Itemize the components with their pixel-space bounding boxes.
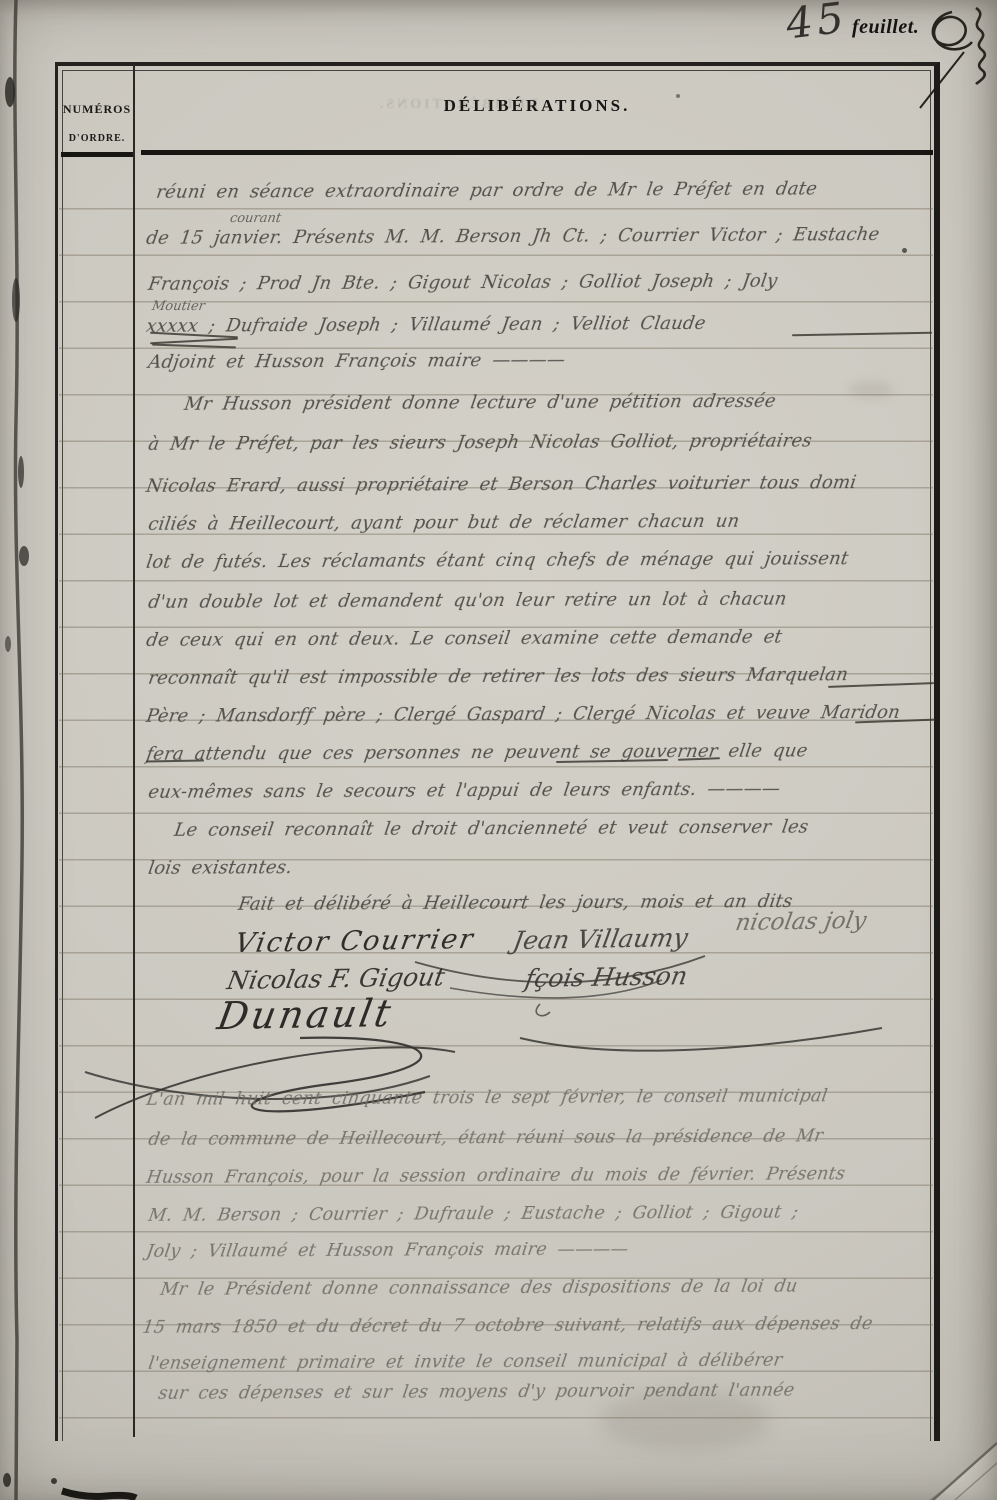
- manuscript-line: reconnaît qu'il est impossible de retire…: [147, 664, 850, 689]
- register-page-scan: 45 feuillet. NUMÉROS D'ORDRE. DÉLIBÉRATI…: [0, 0, 997, 1500]
- manuscript-line: Adjoint et Husson François maire ————: [147, 350, 567, 373]
- manuscript-line: de ceux qui en ont deux. Le conseil exam…: [145, 627, 784, 651]
- column-header-numeros: NUMÉROS: [60, 102, 134, 117]
- column-divider: [133, 64, 135, 1437]
- manuscript-line: à Mr le Préfet, par les sieurs Joseph Ni…: [147, 431, 814, 455]
- manuscript-line: Mr le Président donne connaissance des d…: [159, 1277, 799, 1300]
- manuscript-line: de 15 janvier. Présents M. M. Berson Jh …: [145, 224, 881, 249]
- manuscript-line: Mr Husson président donne lecture d'une …: [183, 391, 778, 415]
- ink-mark-bottom-left: [40, 1470, 160, 1500]
- manuscript-line: Nicolas Erard, aussi propriétaire et Ber…: [145, 472, 858, 497]
- folio-label: feuillet.: [852, 16, 919, 39]
- manuscript-line: L'an mil huit cent cinquante trois le se…: [145, 1086, 829, 1110]
- manuscript-line: réuni en séance extraordinaire par ordre…: [155, 179, 819, 203]
- column-header-ordre: D'ORDRE.: [60, 133, 134, 144]
- header-rule-main: [141, 150, 933, 155]
- binding-edge: [0, 0, 40, 1500]
- manuscript-line: de la commune de Heillecourt, étant réun…: [147, 1126, 824, 1150]
- interline-insertion: courant: [229, 211, 282, 226]
- bleedthrough-text: DÉLIBÉRATIONS.: [318, 97, 538, 113]
- manuscript-line: François ; Prod Jn Bte. ; Gigout Nicolas…: [147, 271, 779, 295]
- manuscript-line: M. M. Berson ; Courrier ; Dufraule ; Eus…: [147, 1203, 800, 1226]
- manuscript-line: d'un double lot et demandent qu'on leur …: [147, 589, 788, 613]
- manuscript-line: 15 mars 1850 et du décret du 7 octobre s…: [141, 1314, 874, 1338]
- manuscript-line: l'enseignement primaire et invite le con…: [147, 1351, 784, 1374]
- manuscript-line: Le conseil reconnaît le droit d'ancienne…: [173, 817, 810, 841]
- manuscript-line: Joly ; Villaumé et Husson François maire…: [145, 1239, 630, 1262]
- manuscript-line: sur ces dépenses et sur les moyens d'y p…: [157, 1381, 796, 1404]
- manuscript-line: fera attendu que ces personnes ne peuven…: [145, 741, 809, 765]
- manuscript-line: lois existantes.: [147, 857, 294, 879]
- manuscript-line: Husson François, pour la session ordinai…: [145, 1164, 847, 1188]
- folio-number: 45: [783, 0, 850, 49]
- manuscript-line: eux-mêmes sans le secours et l'appui de …: [147, 779, 782, 803]
- manuscript-line: lot de futés. Les réclamants étant cinq …: [145, 548, 850, 573]
- page-curl: [925, 1435, 997, 1500]
- manuscript-line: ciliés à Heillecourt, ayant pour but de …: [147, 511, 741, 535]
- manuscript-line: Père ; Mansdorff père ; Clergé Gaspard ;…: [145, 702, 902, 727]
- header-rule-left: [61, 152, 133, 157]
- interline-insertion: Moutier: [151, 299, 206, 314]
- manuscript-line: xxxxx ; Dufraide Joseph ; Villaumé Jean …: [145, 313, 707, 337]
